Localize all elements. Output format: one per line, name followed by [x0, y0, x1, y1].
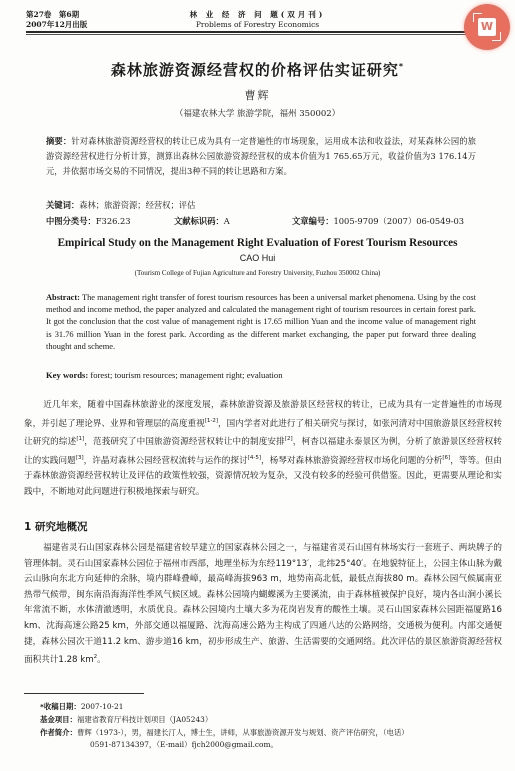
paper-title-en: Empirical Study on the Management Right … — [0, 237, 515, 249]
keywords-en-text: forest; tourism resources; management ri… — [90, 370, 282, 380]
author-cn: 曹辉 — [0, 87, 515, 103]
fund-label: 基金项目： — [40, 715, 77, 724]
header-rule — [26, 31, 493, 33]
fund-value: 福建省教育厅科技计划项目（JA05243） — [77, 715, 212, 724]
intro-text: ，范莪研究了中国旅游资源经营权转让中的制度安排 — [84, 437, 285, 447]
abstract-cn-text: 针对森林旅游资源经营权的转让已成为具有一定普遍性的市场现象，运用成本法和收益法，… — [46, 136, 476, 176]
footnote-rule — [24, 693, 144, 694]
title-footnote-mark: * — [399, 62, 404, 71]
citation: [2] — [285, 436, 293, 442]
arrow-corner-icon — [492, 32, 501, 41]
article-no-label: 文章编号： — [292, 216, 334, 226]
clc-label: 中图分类号： — [46, 216, 96, 226]
section1-paragraph: 福建省灵石山国家森林公园是福建省较早建立的国家森林公园之一，与福建省灵石山国有林… — [24, 541, 502, 669]
intro-paragraph: 近几年来，随着中国森林旅游业的深度发展，森林旅游资源及旅游景区经营权的转让，已成… — [24, 398, 502, 500]
footnote-bio: 作者简介：曹辉（1973-），男，福建长汀人，博士生，讲师，从事旅游资源开发与规… — [40, 727, 510, 751]
section1-end: 。 — [97, 655, 106, 665]
citation: [3] — [76, 455, 84, 461]
citation: [6] — [442, 455, 450, 461]
document-convert-app-icon[interactable]: W — [464, 4, 510, 50]
affiliation-cn: （福建农林大学 旅游学院，福州 350002） — [0, 107, 515, 119]
abstract-en-text: The management right transfer of forest … — [46, 293, 476, 351]
bio-label: 作者简介： — [40, 728, 77, 737]
keywords-en-label: Key words: — [46, 370, 88, 380]
received-label: *收稿日期： — [40, 702, 81, 711]
section1-text: 福建省灵石山国家森林公园是福建省较早建立的国家森林公园之一，与福建省灵石山国有林… — [24, 543, 502, 665]
received-value: 2007-10-21 — [81, 702, 124, 711]
journal-name-cn: 林 业 经 济 问 题(双月刊) — [26, 10, 489, 20]
doc-code-value: A — [224, 216, 230, 226]
title-text: 森林旅游资源经营权的价格评估实证研究 — [111, 61, 399, 79]
bio-value: 曹辉（1973-），男，福建长汀人，博士生，讲师，从事旅游资源开发与规划、资产评… — [77, 728, 409, 737]
paper-title-cn: 森林旅游资源经营权的价格评估实证研究* — [0, 59, 515, 80]
section-heading-1: 1 研究地概况 — [24, 519, 87, 534]
intro-text: ，许晶对森林公园经营权流转与运作的探讨 — [84, 455, 248, 465]
header-center: 林 业 经 济 问 题(双月刊) Problems of Forestry Ec… — [26, 10, 489, 30]
affiliation-en: (Tourism College of Fujian Agriculture a… — [0, 269, 515, 277]
journal-name-en: Problems of Forestry Economics — [26, 20, 489, 30]
journal-header: 第27卷 第6期 2007年12月出版 林 业 经 济 问 题(双月刊) Pro… — [26, 10, 489, 30]
author-en: CAO Hui — [0, 253, 515, 263]
footnote-received: *收稿日期：2007-10-21 — [40, 701, 510, 713]
citation: [1] — [76, 436, 84, 442]
citation: [4-5] — [248, 455, 261, 461]
keywords-cn: 关键词：森林；旅游资源；经营权；评估 — [46, 198, 476, 213]
article-no-value: 1005-9709（2007）06-0549-03 — [334, 216, 465, 226]
abstract-cn-label: 摘要： — [46, 136, 71, 146]
keywords-cn-text: 森林；旅游资源；经营权；评估 — [79, 200, 195, 210]
keywords-cn-label: 关键词： — [46, 200, 79, 210]
footnote-fund: 基金项目：福建省教育厅科技计划项目（JA05243） — [40, 714, 510, 726]
bio-contact: 0591-87134397，（E-mail）fjch2000@gmail.com… — [40, 739, 510, 751]
keywords-en: Key words: forest; tourism resources; ma… — [46, 369, 476, 381]
intro-text: ，杨琴对森林旅游资源经营权市场化问题的分析 — [261, 455, 442, 465]
abstract-en-label: Abstract: — [46, 293, 80, 302]
abstract-en: Abstract: The management right transfer … — [46, 292, 476, 353]
paper-page: 第27卷 第6期 2007年12月出版 林 业 经 济 问 题(双月刊) Pro… — [0, 0, 515, 771]
clc-value: F326.23 — [96, 216, 131, 226]
doc-code-label: 文献标识码： — [174, 216, 224, 226]
abstract-cn: 摘要：针对森林旅游资源经营权的转让已成为具有一定普遍性的市场现象，运用成本法和收… — [46, 134, 476, 179]
header-rule-thin — [26, 34, 493, 35]
citation: [1-2] — [205, 418, 218, 424]
